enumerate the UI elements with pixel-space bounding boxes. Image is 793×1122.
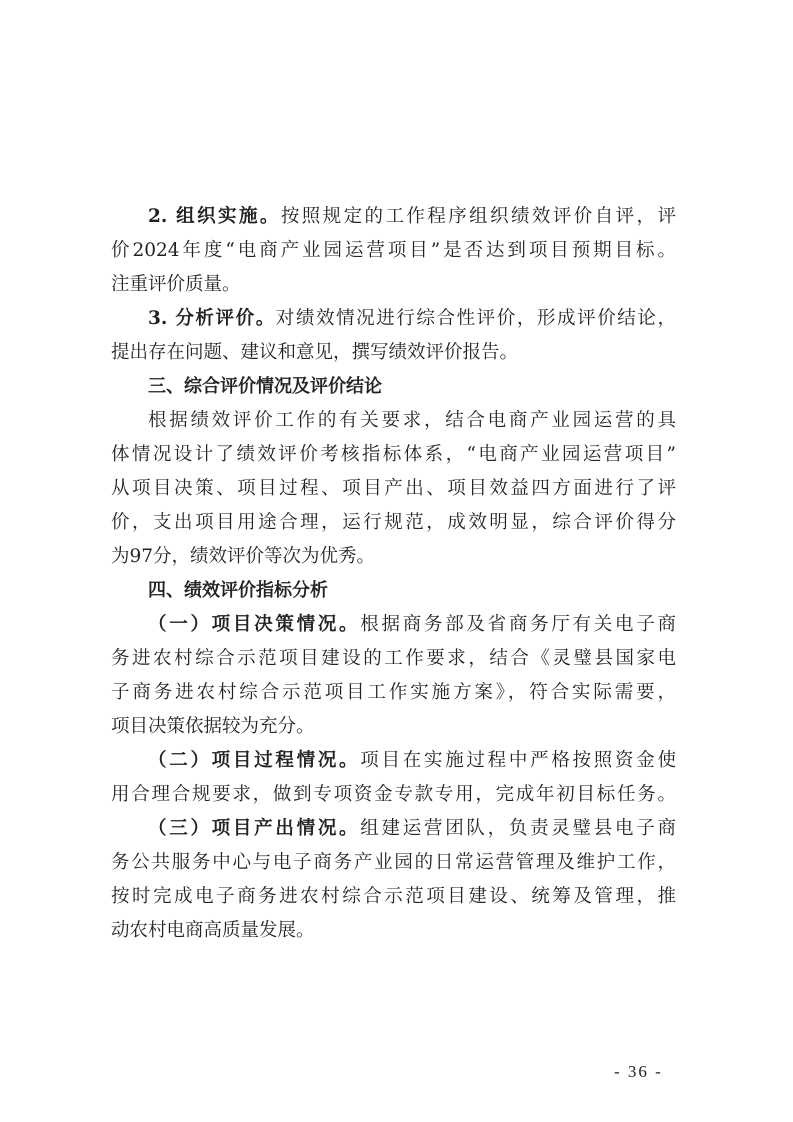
item-lead-analyze: 3. 分析评价。 xyxy=(148,308,276,329)
paragraph-line: 动农村电商高质量发展。 xyxy=(111,914,676,948)
paragraph-line: （三）项目产出情况。组建运营团队，负责灵璧县电子商 xyxy=(111,812,676,846)
paragraph-line: 子商务进农村综合示范项目工作实施方案》，符合实际需要， xyxy=(111,676,676,710)
paragraph-line: 项目决策依据较为充分。 xyxy=(111,710,676,744)
paragraph-line: 务公共服务中心与电子商务产业园的日常运营管理及维护工作， xyxy=(111,846,676,880)
paragraph-line: 注重评价质量。 xyxy=(111,268,676,302)
subsection-lead-process: （二）项目过程情况。 xyxy=(148,750,360,771)
paragraph-line: 务进农村综合示范项目建设的工作要求，结合《灵璧县国家电 xyxy=(111,642,676,676)
paragraph-line: 提出存在问题、建议和意见，撰写绩效评价报告。 xyxy=(111,336,676,370)
paragraph-line: 用合理合规要求，做到专项资金专款专用，完成年初目标任务。 xyxy=(111,778,676,812)
document-page: 2. 组织实施。按照规定的工作程序组织绩效评价自评，评 价2024年度“电商产业… xyxy=(0,0,793,1122)
paragraph-line: 价2024年度“电商产业园运营项目”是否达到项目预期目标。 xyxy=(111,234,676,268)
paragraph-line: 3. 分析评价。对绩效情况进行综合性评价，形成评价结论， xyxy=(111,302,676,336)
paragraph-line: 为97分，绩效评价等次为优秀。 xyxy=(111,540,676,574)
section-heading-4: 四、绩效评价指标分析 xyxy=(111,574,676,608)
section-heading-3: 三、综合评价情况及评价结论 xyxy=(111,370,676,404)
paragraph-line: 价，支出项目用途合理，运行规范，成效明显，综合评价得分 xyxy=(111,506,676,540)
paragraph-line: 体情况设计了绩效评价考核指标体系，“电商产业园运营项目” xyxy=(111,438,676,472)
item-lead-organize: 2. 组织实施。 xyxy=(148,206,281,227)
subsection-lead-decision: （一）项目决策情况。 xyxy=(148,614,360,635)
subsection-lead-output: （三）项目产出情况。 xyxy=(148,818,360,839)
paragraph-line: （一）项目决策情况。根据商务部及省商务厅有关电子商 xyxy=(111,608,676,642)
paragraph-line: 根据绩效评价工作的有关要求，结合电商产业园运营的具 xyxy=(111,404,676,438)
paragraph-line: 按时完成电子商务进农村综合示范项目建设、统筹及管理，推 xyxy=(111,880,676,914)
paragraph-line: 从项目决策、项目过程、项目产出、项目效益四方面进行了评 xyxy=(111,472,676,506)
paragraph-line: （二）项目过程情况。项目在实施过程中严格按照资金使 xyxy=(111,744,676,778)
paragraph-line: 2. 组织实施。按照规定的工作程序组织绩效评价自评，评 xyxy=(111,200,676,234)
page-number: - 36 - xyxy=(614,1062,663,1082)
